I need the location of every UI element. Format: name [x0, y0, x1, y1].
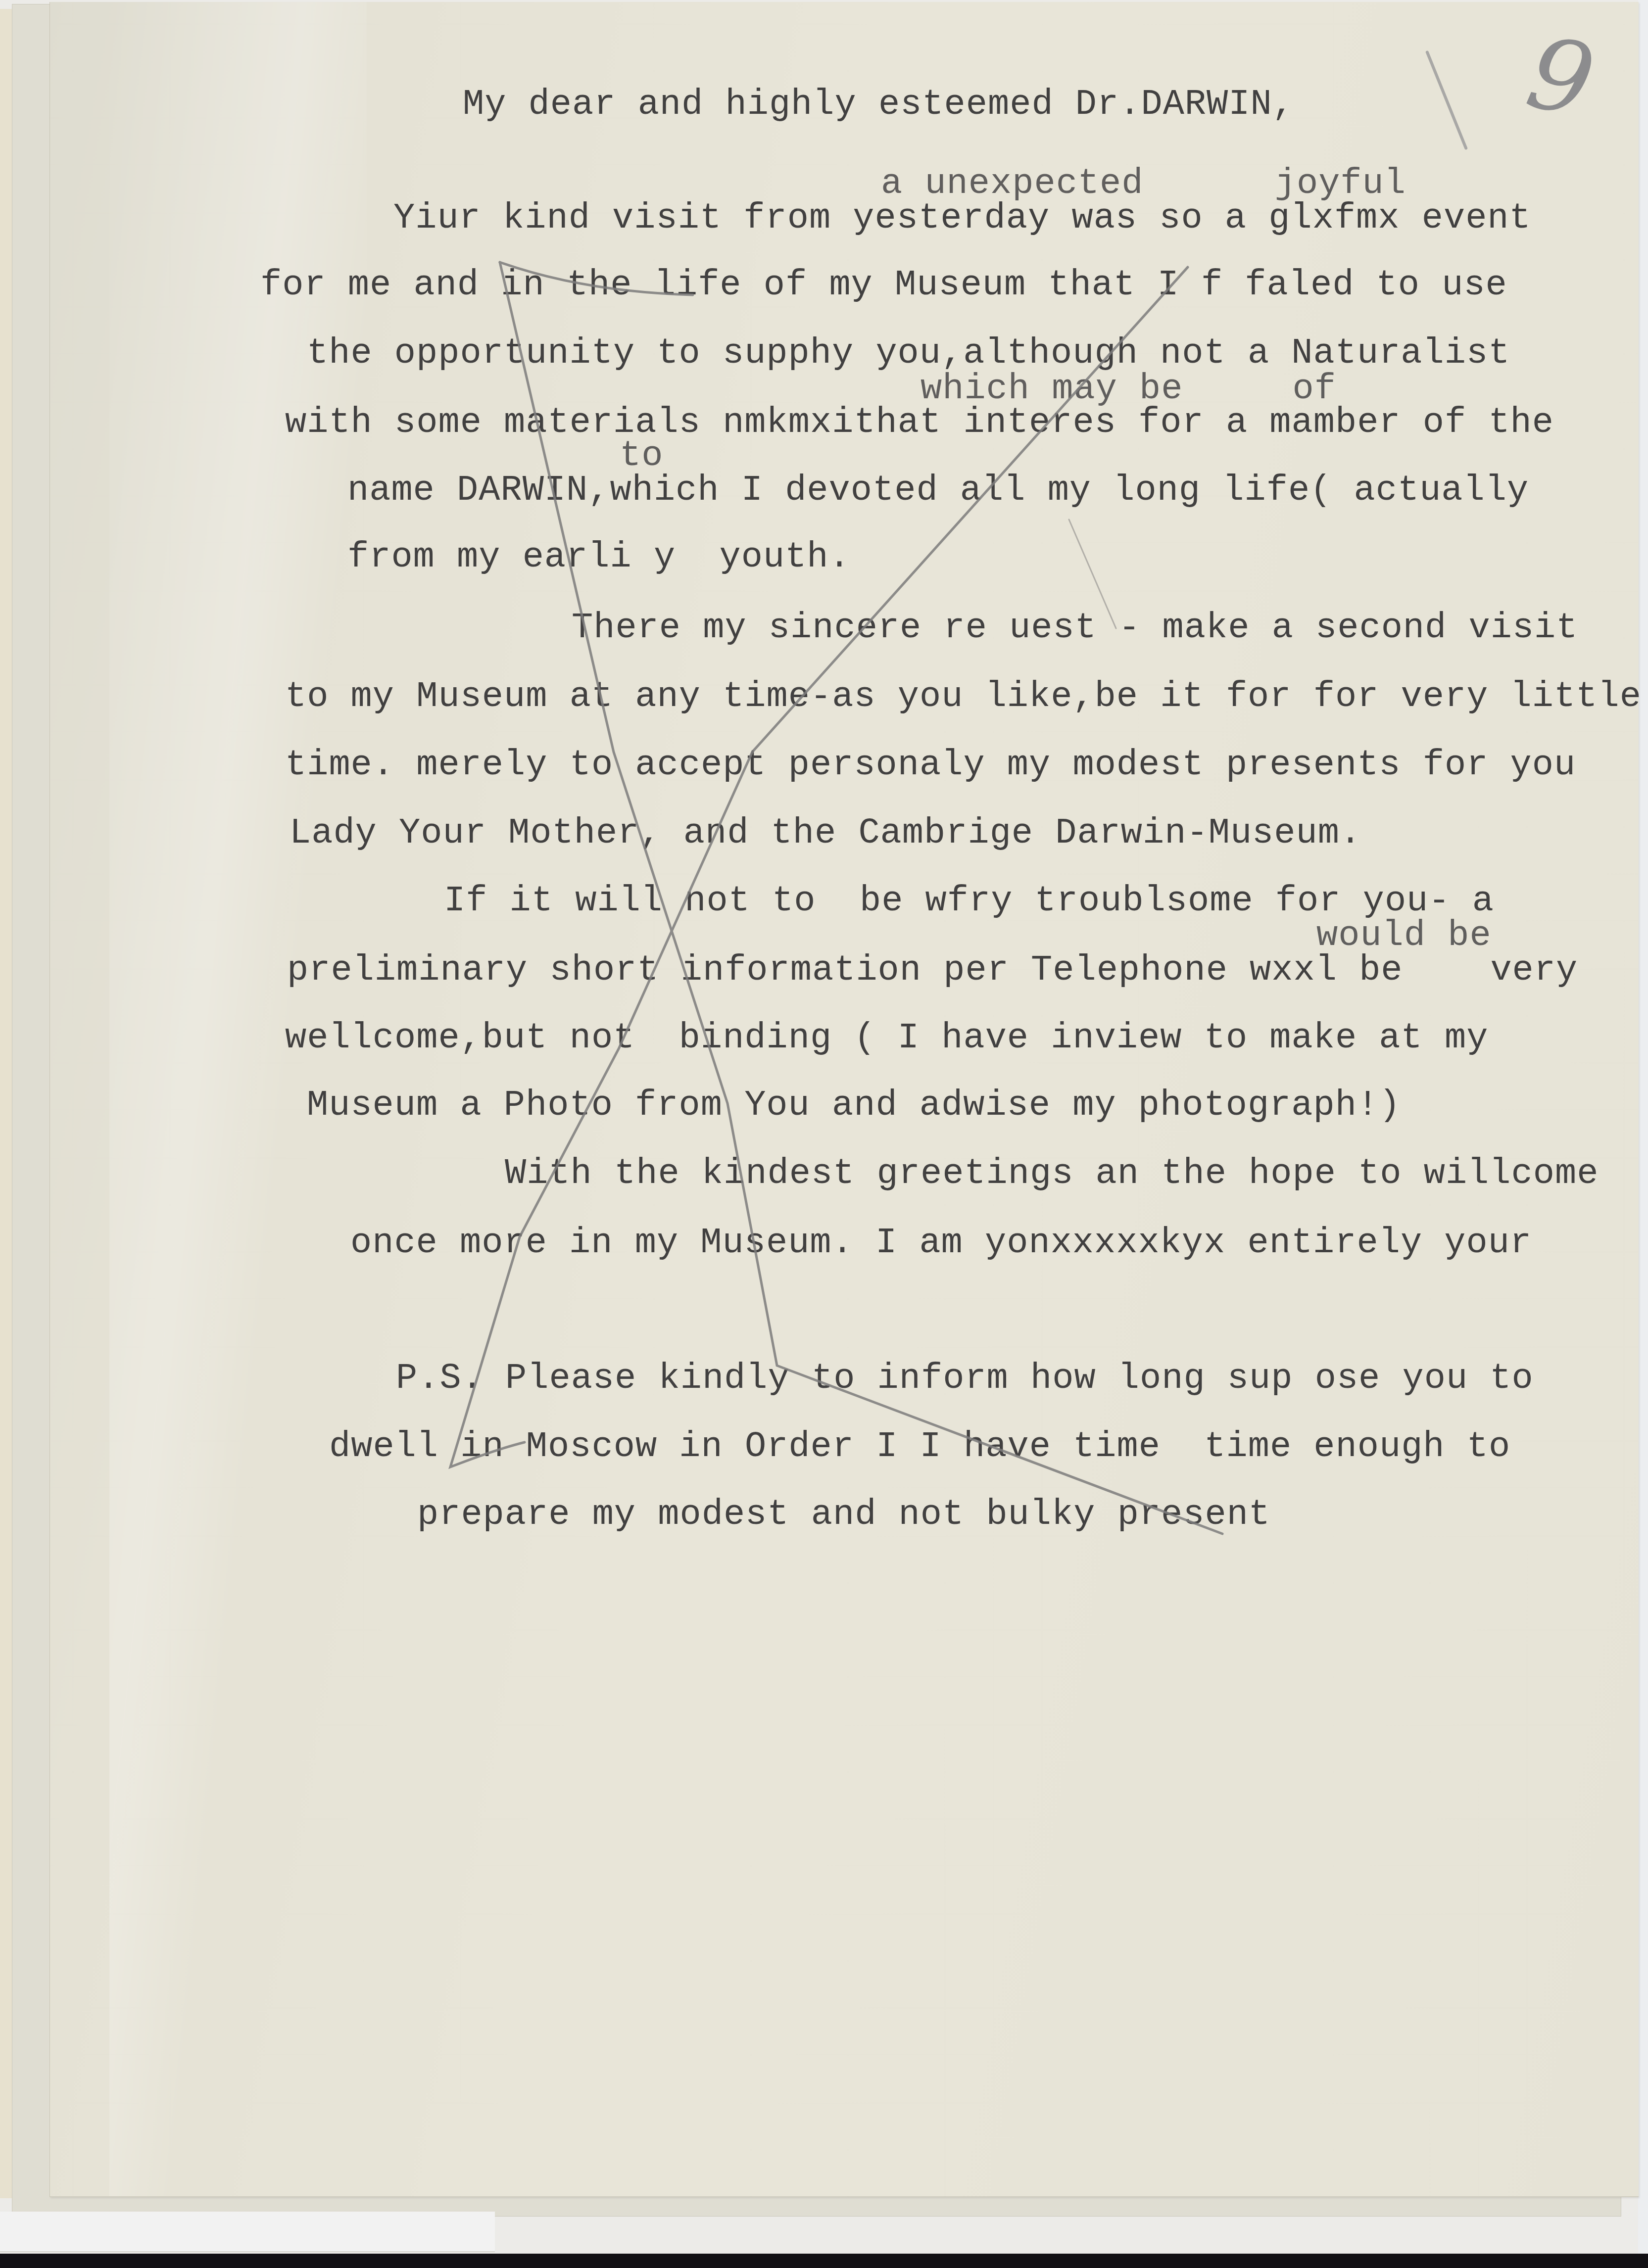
document-scan: 9 My dear and highly esteemed Dr.DARWIN,… — [0, 0, 1648, 2268]
text-line: Museum a Photo from You and adwise my ph… — [307, 1087, 1401, 1123]
text-line: preliminary short information per Teleph… — [287, 952, 1578, 988]
scan-background-strip — [0, 2254, 1648, 2268]
text-line: to my Museum at any time-as you like,be … — [285, 679, 1642, 714]
text-line: P.S. Please kindly to inform how long su… — [396, 1361, 1534, 1396]
text-line: with some materials nmkmxithat interes f… — [285, 405, 1554, 440]
interlinear-correction: would be — [1316, 918, 1492, 953]
text-line: once more in my Museum. I am yonxxxxxkyx… — [350, 1225, 1532, 1261]
scan-margin-right — [1638, 0, 1648, 2254]
text-line: Lady Your Mother, and the Cambrige Darwi… — [290, 815, 1361, 851]
text-line: dwell in Moscow in Order I I have time t… — [329, 1429, 1510, 1465]
text-line: If it will not to be wfry troublsome for… — [444, 883, 1494, 919]
text-line: Yiur kind visit from yesterday was so a … — [393, 200, 1531, 236]
text-line: time. merely to accept personaly my mode… — [285, 747, 1576, 783]
text-line: name DARWIN,which I devoted all my long … — [347, 472, 1529, 508]
text-line: from my earli y youth. — [347, 539, 851, 575]
underlying-sheet-bottom — [0, 2212, 495, 2252]
text-line: prepare my modest and not bulky present — [417, 1497, 1270, 1532]
text-line: There my sincere re uest - make a second… — [572, 610, 1578, 646]
salutation: My dear and highly esteemed Dr.DARWIN, — [463, 87, 1294, 122]
text-line: for me and in the life of my Museum that… — [260, 267, 1507, 303]
text-line: the opportunity to supphy you,although n… — [307, 335, 1510, 371]
text-line: With the kindest greetings an the hope t… — [505, 1156, 1599, 1191]
interlinear-correction: to — [620, 438, 663, 473]
text-line: wellcome,but not binding ( I have inview… — [285, 1020, 1488, 1056]
interlinear-correction: which may be of — [921, 371, 1336, 407]
interlinear-correction: a unexpected joyful — [881, 166, 1406, 201]
